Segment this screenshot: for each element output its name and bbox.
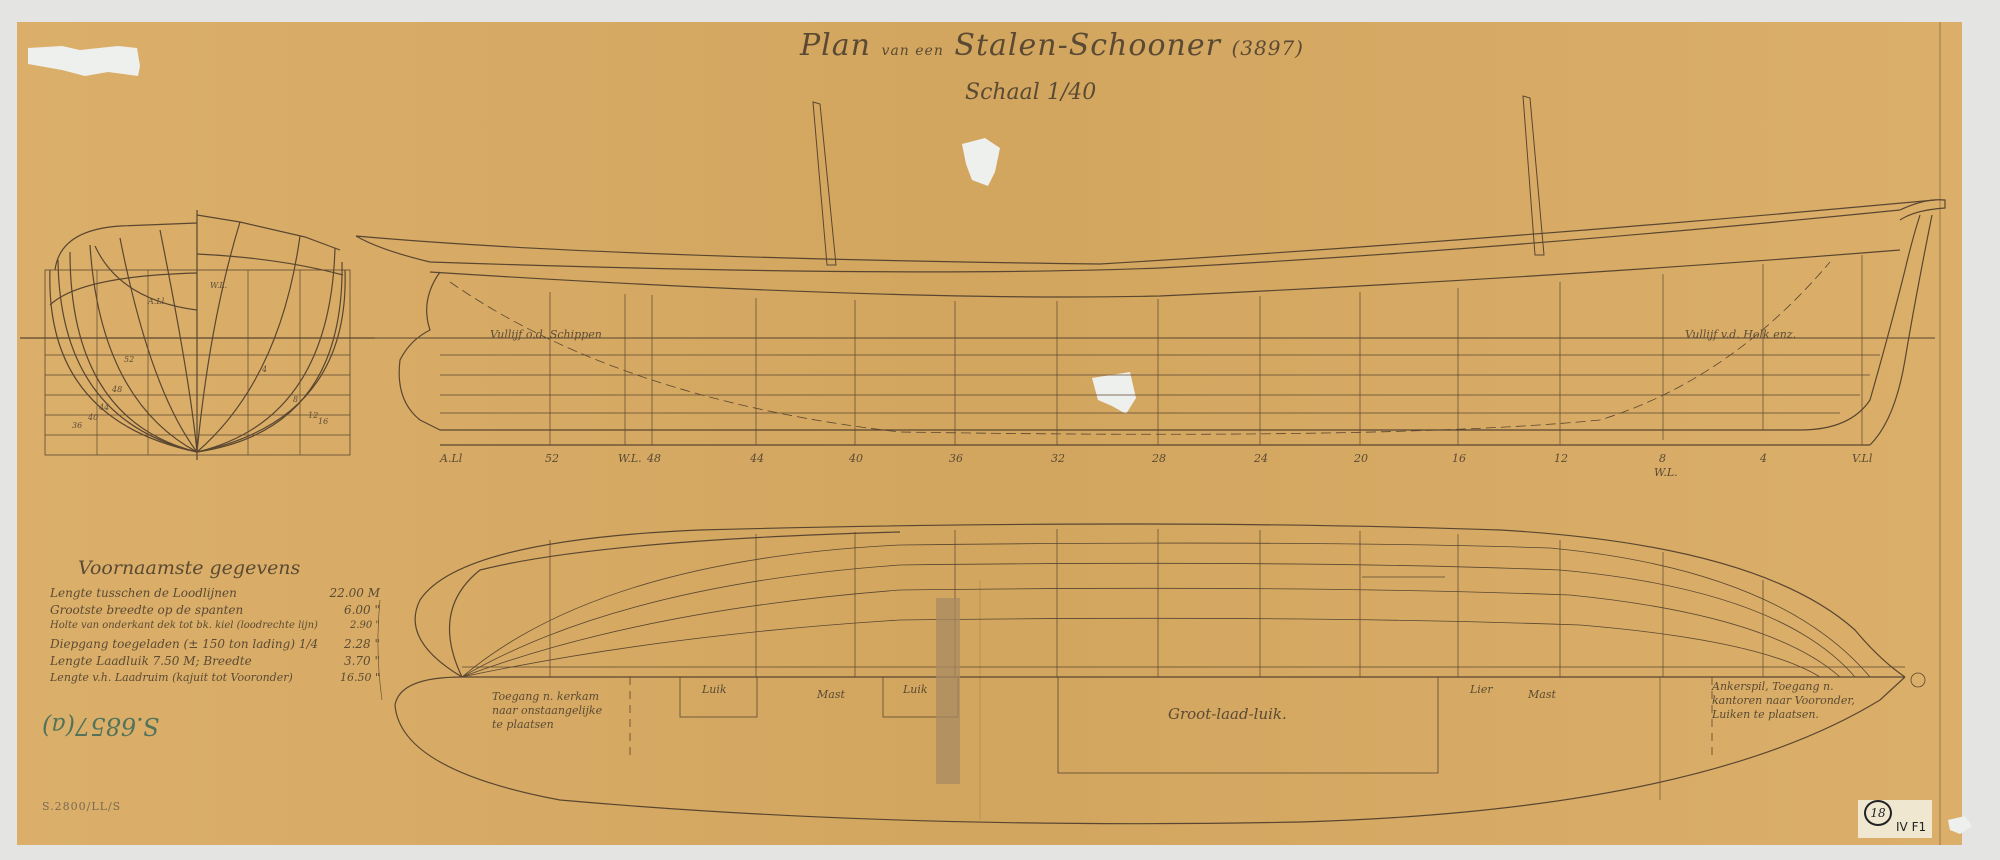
station-label: 52 (545, 452, 559, 465)
title-number: (3897) (1231, 36, 1304, 60)
svg-text:A.Ll: A.Ll (147, 297, 165, 306)
svg-text:12: 12 (308, 411, 318, 420)
station-label: 4 (1760, 452, 1767, 465)
spec-row: Diepgang toegeladen (± 150 ton lading) 1… (50, 637, 380, 651)
sheet-number: 18 (1864, 800, 1892, 826)
svg-text:48: 48 (111, 385, 122, 394)
svg-text:4: 4 (261, 365, 267, 374)
title-connector: van een (882, 43, 944, 59)
mast-label: Mast (1528, 688, 1556, 702)
svg-text:8: 8 (293, 395, 298, 404)
paper-tear (1092, 372, 1136, 414)
archive-stamp: S.2800/LL/S (42, 800, 121, 813)
winch-label: Lier (1470, 683, 1493, 697)
station-label: 48 (647, 452, 661, 465)
spec-row: Grootste breedte op de spanten6.00 " (50, 603, 380, 617)
title-prefix: Plan (800, 28, 871, 63)
station-label: V.Ll (1852, 452, 1872, 465)
ship-plan-drawing: A.Ll 52 48 44 40 36 W.L. 4 8 12 16 (0, 0, 2000, 860)
svg-text:16: 16 (318, 417, 328, 426)
station-label: 44 (750, 452, 764, 465)
station-label: 12 (1554, 452, 1568, 465)
drawing-scale: Schaal 1/40 (965, 80, 1096, 105)
hatch-label: Luik (702, 683, 727, 697)
station-label: W.L. (618, 452, 642, 465)
sheet-label: 18 IV F1 (1858, 800, 1932, 838)
deck-note-aft: Toegang n. kerkam naar onstaangelijke te… (492, 690, 602, 732)
spec-row: Lengte Laadluik 7.50 M; Breedte3.70 " (50, 654, 380, 668)
station-label: 8 (1659, 452, 1666, 465)
svg-text:Vullijf o.d. Schippen: Vullijf o.d. Schippen (490, 328, 602, 341)
deck-plan-view (378, 524, 1925, 824)
svg-text:44: 44 (98, 403, 109, 412)
station-label: 32 (1051, 452, 1065, 465)
station-label: 24 (1254, 452, 1268, 465)
deck-note-fore: Ankerspil, Toegang n. kantoren naar Voor… (1712, 680, 1855, 722)
station-label: W.L. (1654, 466, 1678, 479)
svg-text:Vullijf v.d. Holk enz.: Vullijf v.d. Holk enz. (1685, 328, 1796, 341)
station-label: 20 (1354, 452, 1368, 465)
catalog-number: S.6857(a) (42, 712, 159, 740)
station-label: 28 (1152, 452, 1166, 465)
station-label: 16 (1452, 452, 1466, 465)
mast-label: Mast (817, 688, 845, 702)
station-label: A.Ll (440, 452, 462, 465)
svg-text:W.L.: W.L. (210, 281, 227, 290)
drawing-title: Plan van een Stalen-Schooner (3897) (800, 28, 1304, 63)
station-label: 40 (849, 452, 863, 465)
svg-text:40: 40 (87, 413, 98, 422)
paper-tear (28, 46, 140, 76)
paper-tear (1948, 816, 1972, 834)
profile-view: Vullijf o.d. Schippen Vullijf v.d. Holk … (350, 96, 1945, 445)
svg-text:52: 52 (124, 355, 134, 364)
spec-row: Lengte tusschen de Loodlijnen22.00 M (50, 586, 380, 600)
spec-row: Holte van onderkant dek tot bk. kiel (lo… (50, 620, 380, 631)
specs-heading: Voornaamste gegevens (78, 557, 300, 579)
cargo-hatch-label: Groot-laad-luik. (1168, 705, 1287, 723)
title-main: Stalen-Schooner (954, 28, 1221, 63)
paper-tear (962, 138, 1000, 186)
hatch-label: Luik (903, 683, 928, 697)
svg-text:36: 36 (72, 421, 82, 430)
spec-row: Lengte v.h. Laadruim (kajuit tot Voorond… (50, 671, 380, 684)
sheet-code: IV F1 (1896, 820, 1926, 834)
station-label: 36 (949, 452, 963, 465)
body-plan: A.Ll 52 48 44 40 36 W.L. 4 8 12 16 (20, 210, 375, 460)
